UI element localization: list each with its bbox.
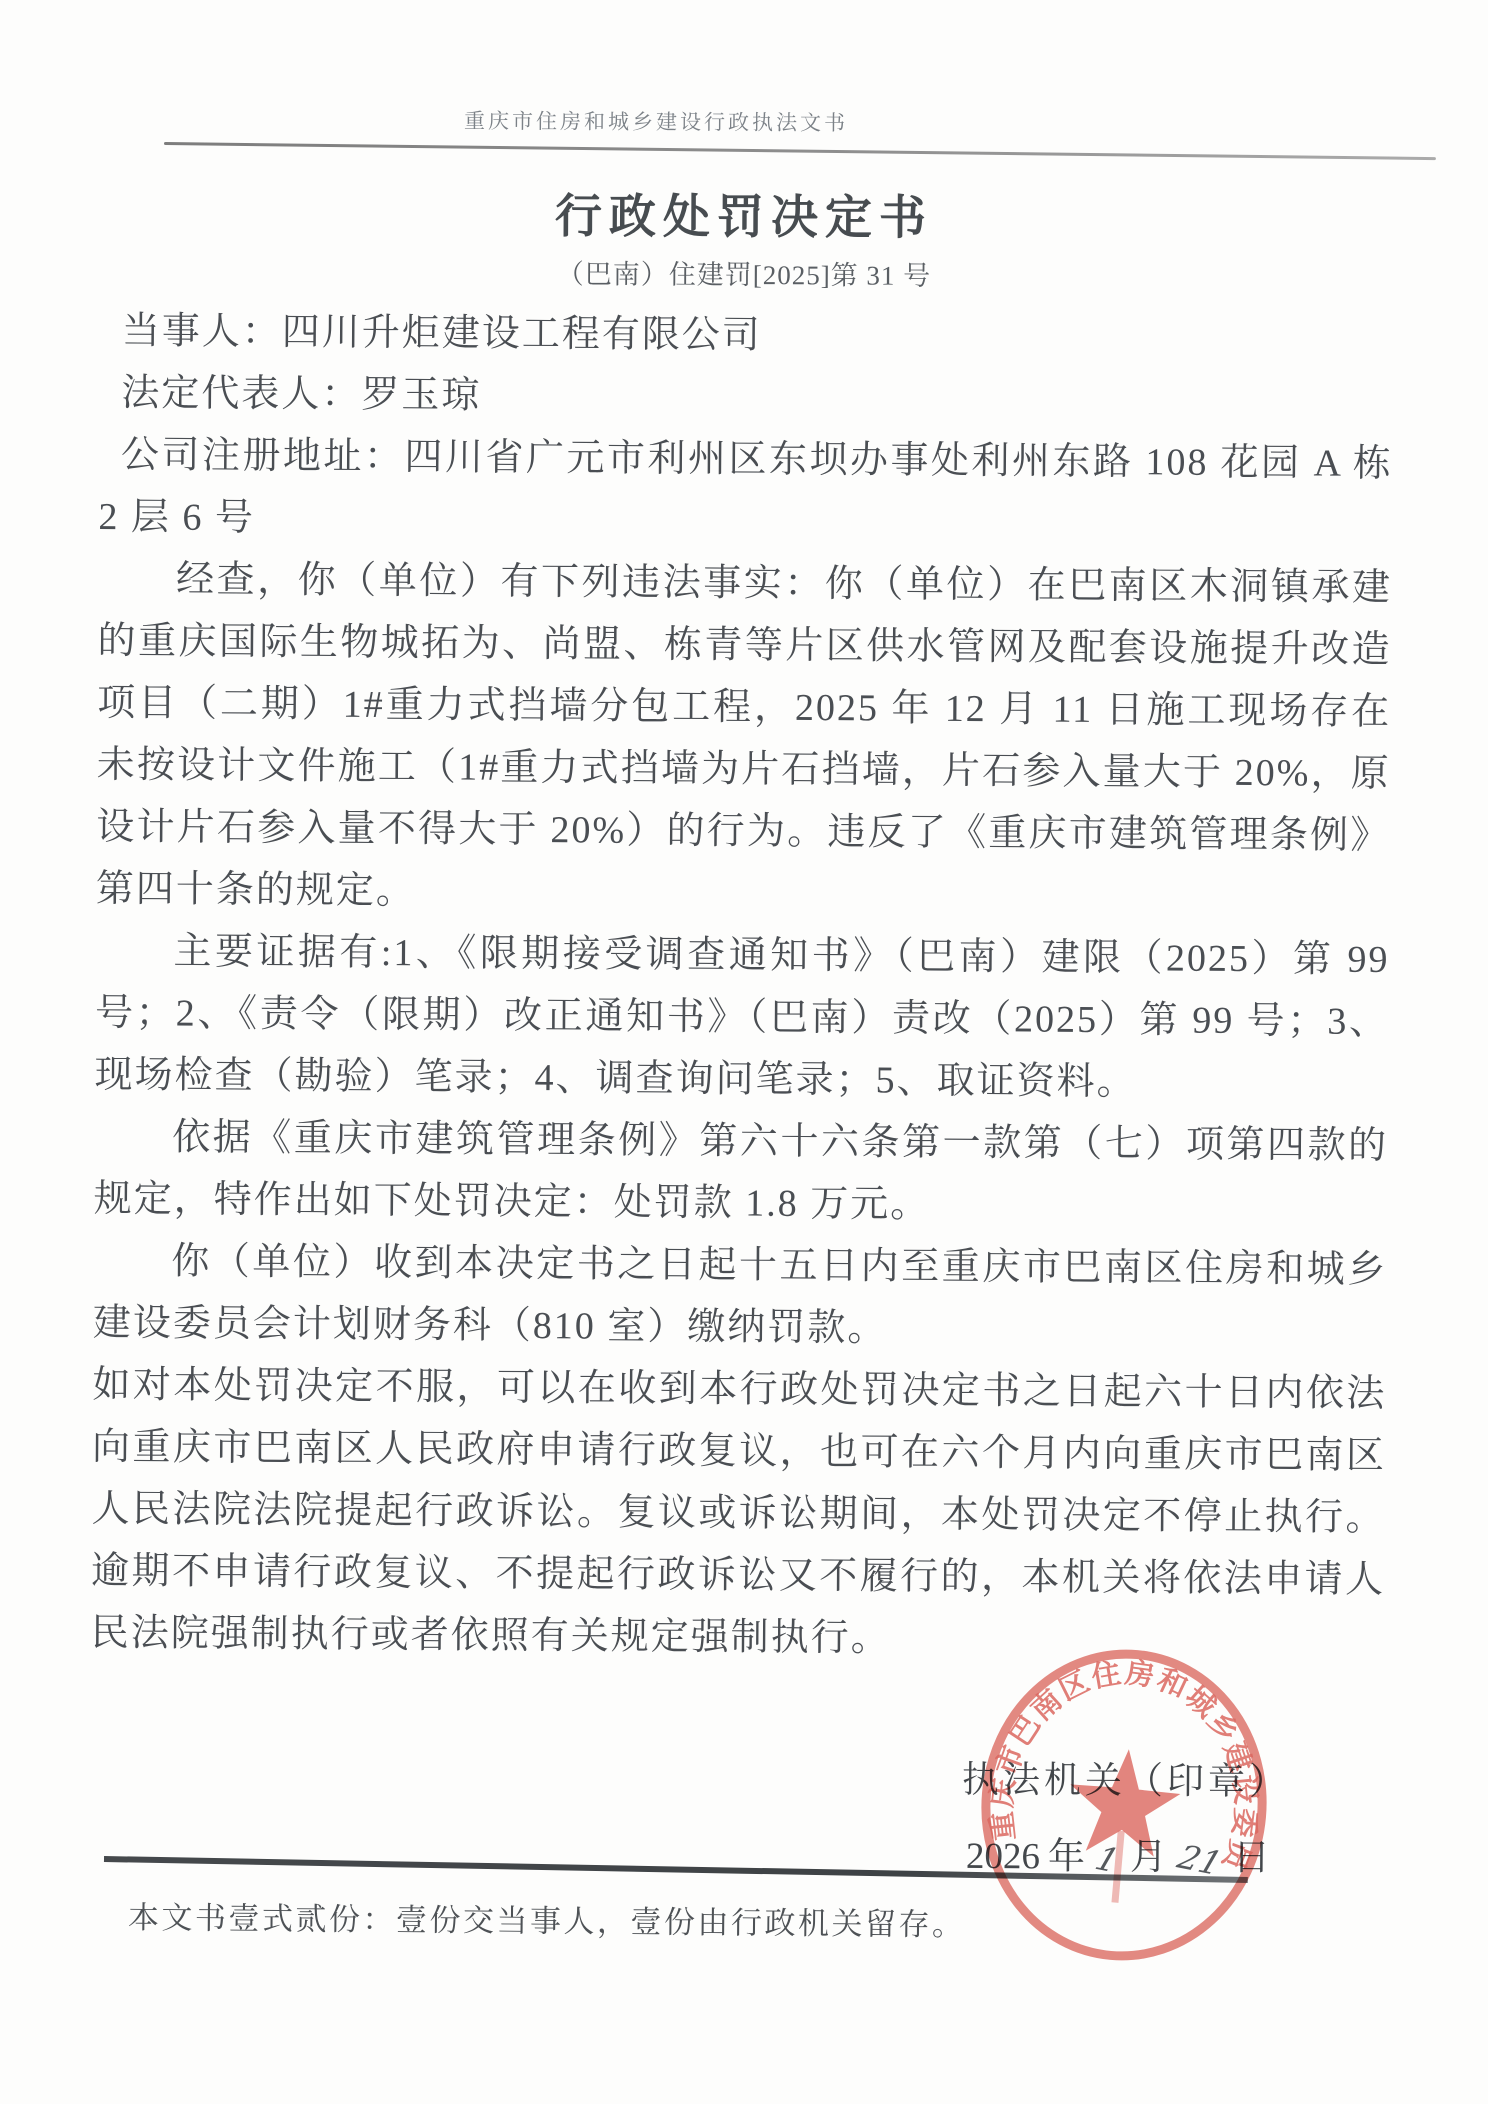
copies-note: 本文书壹式贰份：壹份交当事人，壹份由行政机关留存。 [128, 1892, 966, 1944]
document-number: （巴南）住建罚[2025]第 31 号 [0, 250, 1488, 295]
header-divider-line [164, 142, 1436, 160]
evidence-paragraph: 主要证据有:1、《限期接受调查通知书》（巴南）建限（2025）第 99 号；2、… [94, 920, 1389, 1115]
party-line: 当事人：四川升炬建设工程有限公司 [100, 300, 1394, 371]
facts-paragraph: 经查，你（单位）有下列违法事实：你（单位）在巴南区木洞镇承建的重庆国际生物城拓为… [96, 548, 1393, 929]
appeal-rights-paragraph: 如对本处罚决定不服，可以在收到本行政处罚决定书之日起六十日内依法向重庆市巴南区人… [90, 1354, 1386, 1673]
seal-ink-smear [1111, 1831, 1124, 1903]
seal-star-icon [1065, 1744, 1184, 1858]
legal-representative-line: 法定代表人：罗玉琼 [99, 362, 1393, 433]
scanned-document-page: 重庆市住房和城乡建设行政执法文书 行政处罚决定书 （巴南）住建罚[2025]第 … [0, 0, 1488, 2104]
seal-graphic: 重庆市巴南区住房和城乡建设委员会 [962, 1633, 1287, 1978]
document-body: 当事人：四川升炬建设工程有限公司 法定代表人：罗玉琼 公司注册地址：四川省广元市… [90, 300, 1393, 1673]
document-series-label: 重庆市住房和城乡建设行政执法文书 [0, 103, 1312, 140]
payment-instruction-paragraph: 你（单位）收到本决定书之日起十五日内至重庆市巴南区住房和城乡建设委员会计划财务科… [93, 1230, 1388, 1363]
page-title: 行政处罚决定书 [0, 177, 1488, 250]
decision-paragraph: 依据《重庆市建筑管理条例》第六十六条第一款第（七）项第四款的规定，特作出如下处罚… [94, 1106, 1389, 1239]
registered-address-line: 公司注册地址：四川省广元市利州区东坝办事处利州东路 108 花园 A 栋 2 层… [98, 424, 1393, 557]
official-red-seal: 重庆市巴南区住房和城乡建设委员会 [962, 1633, 1287, 1978]
